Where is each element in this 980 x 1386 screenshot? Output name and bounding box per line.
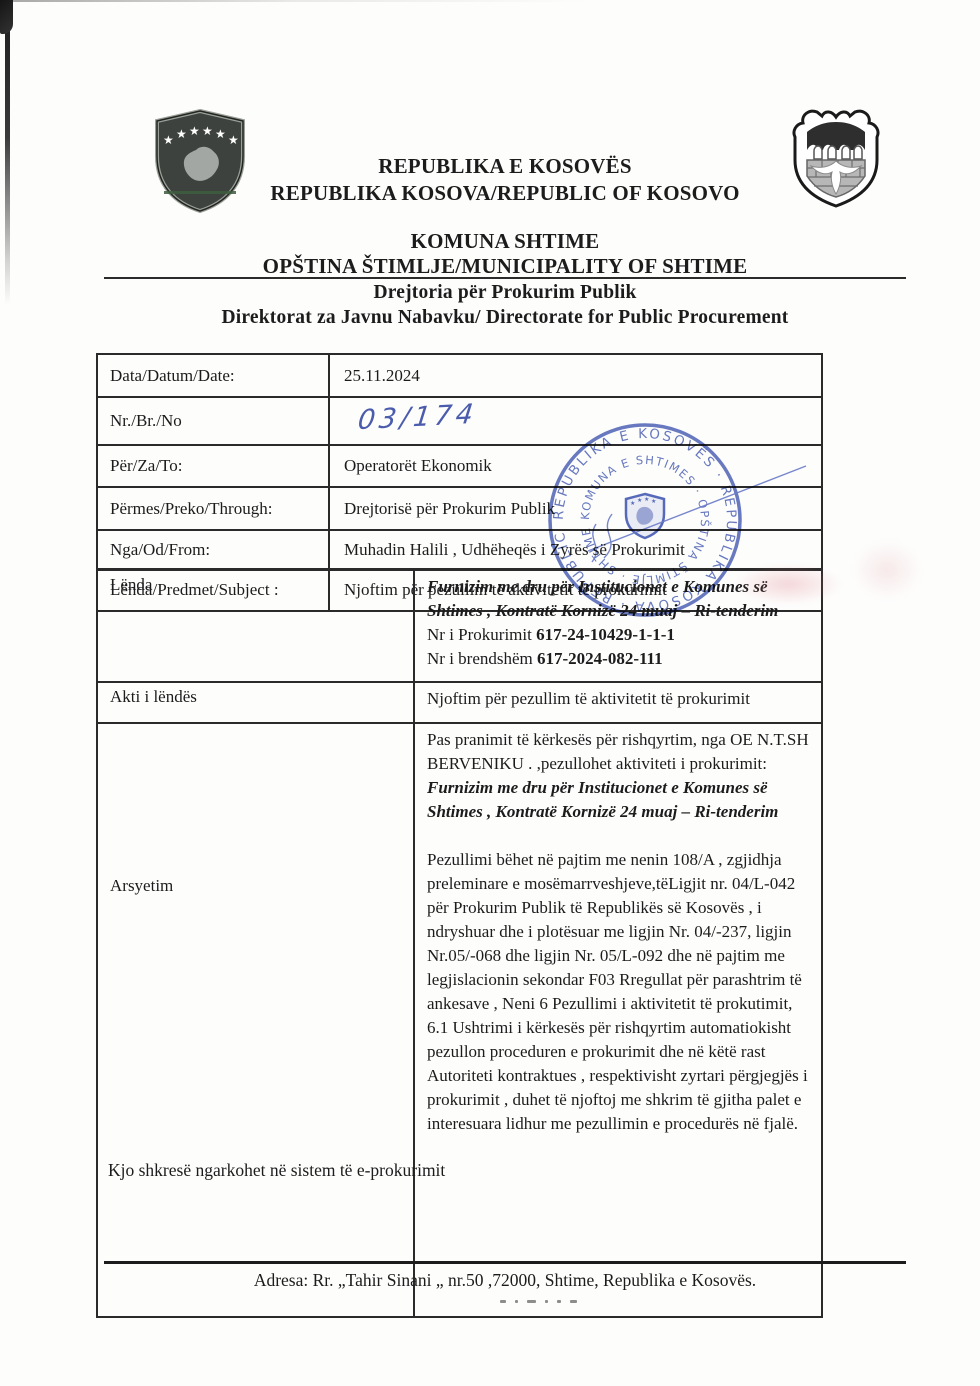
scan-edge-artifact	[0, 0, 980, 2]
row-label: Nr./Br./No	[97, 397, 329, 445]
row-value: Drejtorisë për Prokurim Publik	[329, 487, 822, 530]
arsyetim-paragraph-2: Pezullimi bëhet në pajtim me nenin 108/A…	[427, 848, 811, 1136]
document-page: ★★★ ★★★ REPUBLIKA E KOSOVËS REPUBLIKA KO…	[0, 0, 980, 1386]
row-label: Akti i lëndës	[97, 682, 414, 723]
row-label: Përmes/Preko/Through:	[97, 487, 329, 530]
table-row-date: Data/Datum/Date: 25.11.2024	[97, 354, 822, 397]
row-label: Arsyetim	[97, 723, 414, 1317]
row-label: Për/Za/To:	[97, 445, 329, 487]
svg-text:★: ★	[202, 124, 213, 138]
table-row-from: Nga/Od/From: Muhadin Halili , Udhëheqës …	[97, 530, 822, 569]
row-value: 03/174	[329, 397, 822, 445]
svg-text:★: ★	[176, 127, 187, 141]
scan-bleed-artifact	[733, 563, 843, 605]
svg-text:★: ★	[189, 124, 200, 138]
row-label: Nga/Od/From:	[97, 530, 329, 569]
handwritten-protocol-number: 03/174	[356, 399, 479, 436]
table-row-arsyetim: Arsyetim Pas pranimit të kërkesës për ri…	[97, 723, 822, 1317]
row-label: Data/Datum/Date:	[97, 354, 329, 397]
row-value: 25.11.2024	[329, 354, 822, 397]
municipality-title-intl: OPŠTINA ŠTIMLJE/MUNICIPALITY OF SHTIME	[105, 254, 905, 279]
table-row-through: Përmes/Preko/Through: Drejtorisë për Pro…	[97, 487, 822, 530]
footer-address: Adresa: Rr. „Tahir Sinani „ nr.50 ,72000…	[30, 1270, 980, 1291]
municipality-title-sq: KOMUNA SHTIME	[105, 229, 905, 254]
header-divider	[104, 277, 906, 279]
row-label: Lënda	[97, 570, 414, 682]
table-row-to: Për/Za/To: Operatorët Ekonomik	[97, 445, 822, 487]
internal-number: 617-2024-082-111	[537, 649, 663, 668]
arsyetim-p1-regular: Pas pranimit të kërkesës për rishqyrtim,…	[427, 730, 809, 773]
subject-table: Lënda Furnizim me dru për Institucionet …	[96, 569, 823, 1318]
republic-title-sq: REPUBLIKA E KOSOVËS	[105, 154, 905, 179]
procurement-number-label: Nr i Prokurimit	[427, 625, 536, 644]
directorate-title-sq: Drejtoria për Prokurim Publik	[105, 282, 905, 304]
table-row-akti: Akti i lëndës Njoftim për pezullim të ak…	[97, 682, 822, 723]
republic-title-intl: REPUBLIKA KOSOVA/REPUBLIC OF KOSOVO	[105, 181, 905, 206]
footer-divider	[104, 1261, 906, 1264]
row-value: Operatorët Ekonomik	[329, 445, 822, 487]
internal-number-label: Nr i brendshëm	[427, 649, 537, 668]
row-value: Pas pranimit të kërkesës për rishqyrtim,…	[414, 723, 822, 1317]
upload-note: Kjo shkresë ngarkohet në sistem të e-pro…	[108, 1160, 445, 1181]
scan-noise-dashes	[500, 1300, 680, 1304]
directorate-title-intl: Direktorat za Javnu Nabavku/ Directorate…	[105, 307, 905, 329]
scan-bleed-artifact	[852, 540, 922, 600]
scan-corner-artifact	[0, 0, 13, 34]
svg-text:★: ★	[228, 133, 239, 147]
procurement-number-line: Nr i Prokurimit 617-24-10429-1-1-1	[427, 623, 811, 647]
internal-number-line: Nr i brendshëm 617-2024-082-111	[427, 647, 811, 671]
arsyetim-p1-bold: Furnizim me dru për Institucionet e Komu…	[427, 778, 778, 821]
table-row-number: Nr./Br./No 03/174	[97, 397, 822, 445]
procurement-number: 617-24-10429-1-1-1	[536, 625, 675, 644]
scan-edge-artifact	[5, 0, 10, 305]
arsyetim-paragraph-1: Pas pranimit të kërkesës për rishqyrtim,…	[427, 728, 811, 824]
row-value: Njoftim për pezullim të aktivitetit të p…	[414, 682, 822, 723]
table-row-lenda: Lënda Furnizim me dru për Institucionet …	[97, 570, 822, 682]
svg-text:★: ★	[215, 127, 226, 141]
svg-text:★: ★	[163, 133, 174, 147]
